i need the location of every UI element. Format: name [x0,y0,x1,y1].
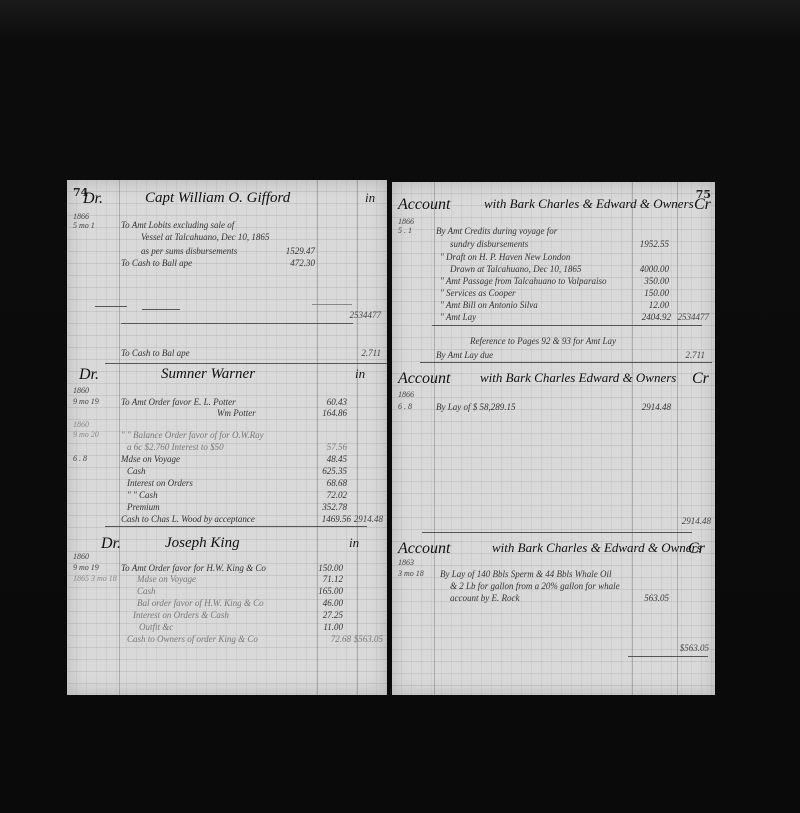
entry-date: 9 mo 19 [73,397,99,406]
section-total: $563.05 [354,634,383,644]
entry-amount: 350.00 [644,276,669,286]
entry-text: Bal order favor of H.W. King & Co [137,598,264,608]
entry-amount: 72.68 [331,634,351,644]
entry-date: 3 mo 18 [398,569,424,578]
entry-amount: 4000.00 [640,264,669,274]
amount-column-rule [632,182,633,695]
entry-amount: 2914.48 [642,402,671,412]
entry-text: & 2 Lb for gallon from a 20% gallon for … [450,581,620,591]
credit-label: Cr [692,370,709,388]
section-total: 2534477 [350,310,382,320]
footer-amount: 2.711 [685,350,705,360]
dash-rule [142,309,180,310]
entry-amount: 1529.47 [286,246,315,256]
section-total: 2534477 [678,312,710,322]
in-label: in [349,535,359,551]
section-rule [422,532,692,533]
entry-text: as per sums disbursements [141,246,237,256]
entry-amount: 150.00 [644,288,669,298]
entry-text: To Amt Order favor for H.W. King & Co [121,563,266,573]
footer-text: To Cash to Bal ape [121,348,190,358]
entry-date: 9 mo 19 [73,563,99,572]
entry-date: 6 . 8 [73,454,87,463]
account-header-warner: Dr. Sumner Warner in [67,366,387,386]
entry-text: By Lay of 140 Bbls Sperm & 44 Bbls Whale… [440,569,611,579]
account-name: Sumner Warner [161,366,255,383]
entry-amount: 71.12 [323,574,343,584]
in-label: in [365,190,375,206]
account-title: Account [398,370,450,388]
debit-label: Dr. [83,190,103,208]
entry-amount: 27.25 [323,610,343,620]
account-title: Account [398,196,450,214]
entry-text: Cash to Owners of order King & Co [127,634,258,644]
entry-amount: 1469.56 [322,514,351,524]
entry-amount: 12.00 [649,300,669,310]
section-rule [105,363,387,364]
entry-text: a 6c $2.760 Interest to $50 [127,442,224,452]
entry-text: " Amt Lay [440,312,476,322]
entry-amount: 1952.55 [640,239,669,249]
account-header-king: Dr. Joseph King in [67,535,387,555]
section-total: 2914.48 [354,514,383,524]
entry-text: Outfit &c [139,622,173,632]
entry-text: Interest on Orders [127,478,193,488]
entry-text: " Amt Bill on Antonio Silva [440,300,538,310]
entry-date: 6 . 8 [398,402,412,411]
entry-amount: 57.56 [327,442,347,452]
reference-note: Reference to Pages 92 & 93 for Amt Lay [470,336,616,346]
entry-year: 1863 [398,558,414,567]
entry-year: 1866 [398,390,414,399]
ledger-page-right: 75 Account with Bark Charles & Edward & … [392,182,715,695]
entry-amount: 563.05 [644,593,669,603]
entry-text: sundry disbursements [450,239,528,249]
entry-amount: 72.02 [327,490,347,500]
dash-rule [95,306,127,307]
entry-amount: 150.00 [318,563,343,573]
total-column-rule [357,180,358,695]
entry-year: 1866 [73,212,89,221]
footer-text: By Amt Lay due [436,350,493,360]
entry-date: 1865 3 mo 18 [73,574,117,583]
entry-text: Vessel at Talcahuano, Dec 10, 1865 [141,232,269,242]
account-title: Account [398,540,450,558]
account-header-gifford: Dr. Capt William O. Gifford in [67,190,387,210]
entry-amount: 11.00 [323,622,343,632]
entry-date: 5 . 1 [398,226,412,235]
section-total: $563.05 [680,643,709,653]
account-name: Capt William O. Gifford [145,190,290,207]
sum-rule [312,304,352,305]
section-rule [105,526,367,527]
footer-amount: 2.711 [361,348,381,358]
entry-amount: 625.35 [322,466,347,476]
entry-text: " Services as Cooper [440,288,516,298]
entry-text: " Amt Passage from Talcahuano to Valpara… [440,276,606,286]
in-label: in [355,366,365,382]
account-header-2: Account with Bark Charles Edward & Owner… [392,370,715,390]
entry-text: Premium [127,502,160,512]
account-with: with Bark Charles Edward & Owners [480,370,676,386]
entry-text: Cash [127,466,146,476]
sum-rule [628,656,708,657]
account-header-3: Account with Bark Charles & Edward & Own… [392,540,715,560]
entry-amount: 472.30 [290,258,315,268]
entry-amount: 165.00 [318,586,343,596]
section-rule [420,362,712,363]
entry-year: 1860 [73,552,89,561]
credit-label: Cr [688,540,705,558]
account-with: with Bark Charles & Edward & Owners [492,540,702,556]
debit-label: Dr. [101,535,121,553]
entry-date: 9 mo 20 [73,430,99,439]
entry-text: Wm Potter [217,408,256,418]
entry-text: Cash to Chas L. Wood by acceptance [121,514,255,524]
debit-label: Dr. [79,366,99,384]
entry-text: Interest on Orders & Cash [133,610,229,620]
margin-rule [434,182,435,695]
entry-text: To Amt Order favor E. L. Potter [121,397,236,407]
entry-text: Cash [137,586,156,596]
section-rule [432,325,702,326]
entry-text: Mdse on Voyage [137,574,196,584]
total-column-rule [677,182,678,695]
entry-text: " " Balance Order favor of for O.W.Ray [121,430,264,440]
entry-year: 1860 [73,386,89,395]
entry-year: 1866 [398,217,414,226]
credit-label: Cr [694,196,711,214]
amount-column-rule [317,180,318,695]
entry-date: 5 mo 1 [73,221,95,230]
entry-date: 1860 [73,420,89,429]
entry-amount: 2404.92 [642,312,671,322]
account-with: with Bark Charles & Edward & Owners [484,196,694,212]
entry-amount: 68.68 [327,478,347,488]
entry-amount: 60.43 [327,397,347,407]
entry-text: Mdse on Voyage [121,454,180,464]
entry-text: " " Cash [127,490,158,500]
entry-text: By Amt Credits during voyage for [436,226,557,236]
entry-amount: 46.00 [323,598,343,608]
entry-text: " Draft on H. P. Haven New London [440,252,570,262]
entry-amount: 48.45 [327,454,347,464]
entry-text: By Lay of $ 58,289.15 [436,402,516,412]
margin-rule [119,180,120,695]
entry-text: account by E. Rock [450,593,519,603]
section-rule [121,323,353,324]
account-header-1: Account with Bark Charles & Edward & Own… [392,196,715,216]
entry-text: To Amt Lobits excluding sale of [121,220,234,230]
entry-amount: 164.86 [322,408,347,418]
section-total: 2914.48 [682,516,711,526]
entry-text: To Cash to Ball ape [121,258,192,268]
entry-text: Drawn at Talcahuano, Dec 10, 1865 [450,264,581,274]
entry-amount: 352.78 [322,502,347,512]
ledger-page-left: 74 Dr. Capt William O. Gifford in 1866 5… [67,180,387,695]
account-name: Joseph King [165,535,240,552]
